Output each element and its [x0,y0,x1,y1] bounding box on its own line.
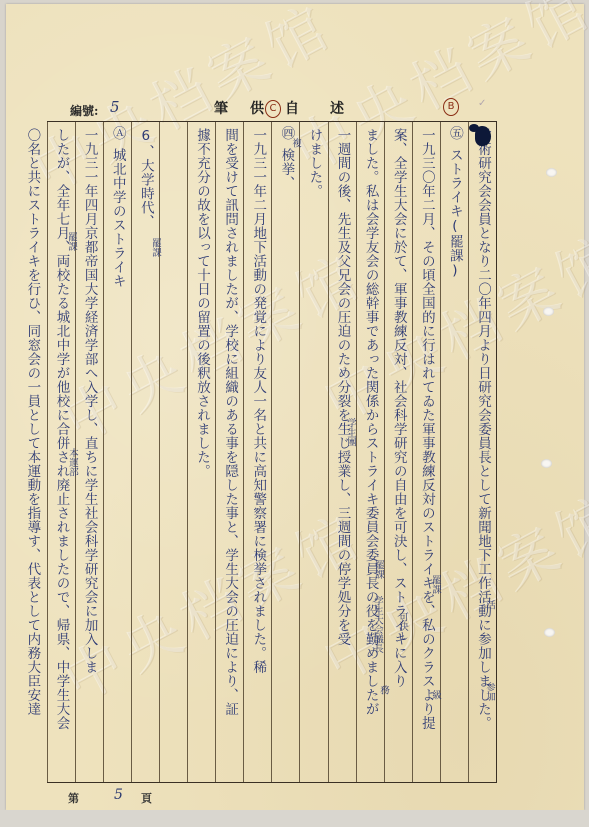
column-text: 検挙、 [275,148,297,190]
column-text: ストライキ(罷課) [444,148,466,279]
title-char: 筆 [214,98,228,118]
page-suffix: 頁 [141,790,152,806]
annotation: 罷課 [66,232,77,251]
column-text: 一週間の後、先生及父兄会の圧迫のため分裂を生じ授業し、三週間の停学処分を受 [332,128,354,646]
annotation: 活 [484,600,495,610]
annotation: 罷課 [373,560,384,579]
annotation: 本運部 [67,448,78,477]
manuscript-column: けました。 [299,122,327,782]
column-text: 城北中学のストライキ [107,148,129,288]
column-text: けました。 [303,128,325,198]
manuscript-column: 〇名と共にストライキを行ひ、同窓会の一員として本運動を指導す、代表として内務大臣… [18,122,46,782]
title-char: 供 [250,98,264,118]
serial-label: 編號: [70,102,98,119]
annotation: 学生團 [345,418,356,447]
annotation: 務 [378,685,389,695]
annotation: 級 [430,690,441,700]
manuscript-column: 間を受けて訊問されましたが、学校に組織のある事を隠した事と、学生大会の圧迫により… [215,122,243,782]
circle-mark-c: C [265,100,281,118]
column-text: 據不充分の故を以って十日の留置の後釈放されました。 [191,128,213,478]
manuscript-column: ました。私は会学友会の総幹事であった関係からストライキ委員会委員長の役を勤めまし… [356,122,384,782]
manuscript-column: 一九三一年四月京都帝国大学経済学部へ入学し、直ちに学生社会科学研究会に加入しま [75,122,103,782]
column-text: 学術研究会会員となり二〇年四月より日研究会委員長として新聞地下工作活動に参加しま… [472,128,494,730]
manuscript-column: ㊄ストライキ(罷課) [440,122,468,782]
column-text: 間を受けて訊問されましたが、学校に組織のある事を隠した事と、学生大会の圧迫により… [219,128,241,716]
section-marker: ㊄ [444,126,466,140]
page-prefix: 第 [68,790,79,806]
column-text: 一九三一年二月地下活動の発覚により友人一名と共に高知警察署に検挙されました。稀 [247,128,269,674]
annotation: 学生大会議長 [372,596,383,653]
scan-background [0,810,589,827]
column-text: 一九三〇年二月、その頃全国的に行はれてゐた軍事教練反対のストライキを、私のクラス… [416,128,438,730]
annotation: 可決し [397,612,408,641]
column-text: したが、全年七月、両校たる城北中学が他校に合併され廃止されましたので、帰県、中学… [51,128,73,730]
punch-hole [543,307,554,316]
check-mark-icon: ✓ [478,98,486,109]
column-text: 6、大学時代、 [135,128,157,229]
section-marker: Ⓐ [107,126,129,140]
column-text: 案、全学生大会に於て、軍事教練反対、社会科学研究の自由を可決し、ストライキに入り [388,128,410,688]
punch-hole [546,168,557,177]
manuscript-column: 據不充分の故を以って十日の留置の後釈放されました。 [187,122,215,782]
page-number: 5 [114,787,123,803]
manuscript-grid: 学術研究会会員となり二〇年四月より日研究会委員長として新聞地下工作活動に参加しま… [47,121,497,783]
annotation: 参加 [484,682,495,701]
manuscript-column: 一週間の後、先生及父兄会の圧迫のため分裂を生じ授業し、三週間の停学処分を受 [328,122,356,782]
annotation: 複 [290,138,301,148]
annotation: 罷課 [430,575,441,594]
manuscript-column: 一九三〇年二月、その頃全国的に行はれてゐた軍事教練反対のストライキを、私のクラス… [412,122,440,782]
manuscript-column: 一九三一年二月地下活動の発覚により友人一名と共に高知警察署に検挙されました。稀 [243,122,271,782]
punch-hole [544,628,555,637]
manuscript-column [159,122,187,782]
annotation: 罷課 [150,238,161,257]
ink-blot [475,126,491,146]
manuscript-column: Ⓐ城北中学のストライキ [103,122,131,782]
punch-hole [541,459,552,468]
manuscript-column: ㊃検挙、 [271,122,299,782]
serial-number: 5 [110,98,120,116]
title-char: 述 [330,98,344,118]
manuscript-column: 6、大学時代、 [131,122,159,782]
column-text: 〇名と共にストライキを行ひ、同窓会の一員として本運動を指導す、代表として内務大臣… [21,128,43,716]
manuscript-column: 案、全学生大会に於て、軍事教練反対、社会科学研究の自由を可決し、ストライキに入り [384,122,412,782]
title-char: 自 [285,98,299,118]
column-text: 一九三一年四月京都帝国大学経済学部へ入学し、直ちに学生社会科学研究会に加入しま [79,128,101,674]
circle-mark-b: B [443,98,459,116]
